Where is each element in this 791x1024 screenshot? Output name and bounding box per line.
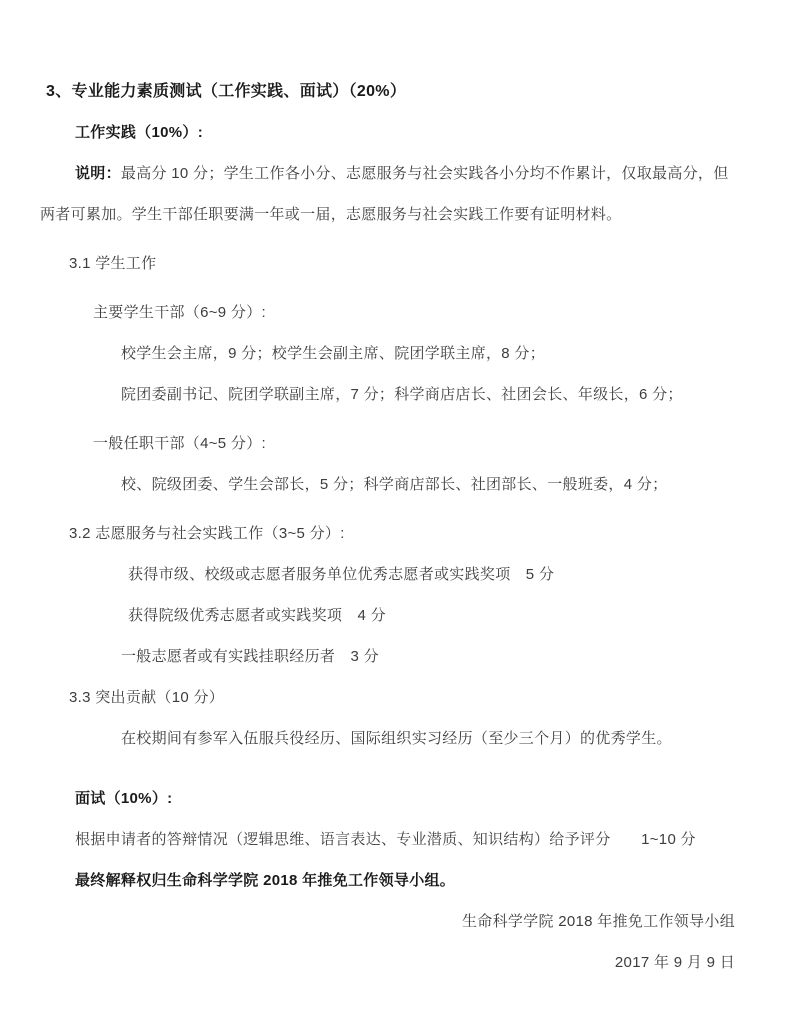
text-run: 面试（10%）: [75,790,172,807]
text-run: 两者可累加。学生干部任职要满一年或一届，志愿服务与社会实践工作要有证明材料。 [40,206,621,223]
text-run: 院团委副书记、院团学联副主席，7 分；科学商店店长、社团会长、年级长，6 分； [121,386,683,403]
text-run: 2017 年 9 月 9 日 [615,954,735,971]
signature-date: 2017 年 9 月 9 日 [40,953,735,973]
text-run: 校学生会主席，9 分；校学生会副主席、院团学联主席，8 分； [121,345,545,362]
text-run: 获得市级、校级或志愿者服务单位优秀志愿者或实践奖项 5 分 [128,566,554,583]
text-run: 主要学生干部（6~9 分）: [93,304,266,321]
group-main-cadre: 主要学生干部（6~9 分）: [93,303,751,323]
text-run: 在校期间有参军入伍服兵役经历、国际组织实习经历（至少三个月）的优秀学生。 [121,730,672,747]
text-run: 3、专业能力素质测试（工作实践、面试）（20%） [46,83,406,100]
text-run: 一般志愿者或有实践挂职经历者 3 分 [121,648,379,665]
text-run: 3.3 突出贡献（10 分） [69,689,224,706]
signature-group: 生命科学学院 2018 年推免工作领导小组 [40,912,735,932]
text-run: 一般任职干部（4~5 分）: [93,435,266,452]
text-run: 根据申请者的答辩情况（逻辑思维、语言表达、专业潜质、知识结构）给予评分 1~10… [75,831,696,848]
document-body: 3、专业能力素质测试（工作实践、面试）（20%）工作实践（10%）:说明：最高分… [0,0,791,973]
text-run: 最高分 10 分；学生工作各小分、志愿服务与社会实践各小分均不作累计，仅取最高分… [121,165,729,182]
detail-volunteer-3: 一般志愿者或有实践挂职经历者 3 分 [121,647,751,667]
text-run: 获得院级优秀志愿者或实践奖项 4 分 [128,607,386,624]
text-run: 校、院级团委、学生会部长，5 分；科学商店部长、社团部长、一般班委，4 分； [121,476,667,493]
text-run: 工作实践（10%）: [75,124,203,141]
document-page: 3、专业能力素质测试（工作实践、面试）（20%）工作实践（10%）:说明：最高分… [0,0,791,1024]
detail-general-cadre: 校、院级团委、学生会部长，5 分；科学商店部长、社团部长、一般班委，4 分； [121,475,751,495]
detail-volunteer-5: 获得市级、校级或志愿者服务单位优秀志愿者或实践奖项 5 分 [128,565,751,585]
text-run: 3.2 志愿服务与社会实践工作（3~5 分）: [69,525,345,542]
section-3-3: 3.3 突出贡献（10 分） [69,688,751,708]
text-run: 生命科学学院 2018 年推免工作领导小组 [462,913,735,930]
text-run: 最终解释权归生命科学学院 2018 年推免工作领导小组。 [75,872,455,889]
detail-main-cadre-2: 院团委副书记、院团学联副主席，7 分；科学商店店长、社团会长、年级长，6 分； [121,385,751,405]
detail-volunteer-4: 获得院级优秀志愿者或实践奖项 4 分 [128,606,751,626]
heading-interview: 面试（10%）: [75,789,751,809]
heading-work-practice: 工作实践（10%）: [75,123,751,143]
text-run: 3.1 学生工作 [69,255,156,272]
heading-section-3: 3、专业能力素质测试（工作实践、面试）（20%） [46,82,751,102]
final-interpretation: 最终解释权归生命科学学院 2018 年推免工作领导小组。 [75,871,751,891]
detail-contribution: 在校期间有参军入伍服兵役经历、国际组织实习经历（至少三个月）的优秀学生。 [121,729,751,749]
detail-main-cadre-1: 校学生会主席，9 分；校学生会副主席、院团学联主席，8 分； [121,344,751,364]
group-general-cadre: 一般任职干部（4~5 分）: [93,434,751,454]
section-3-2: 3.2 志愿服务与社会实践工作（3~5 分）: [69,524,751,544]
section-3-1: 3.1 学生工作 [69,254,751,274]
text-run: 说明： [75,165,121,182]
note-line-1: 说明：最高分 10 分；学生工作各小分、志愿服务与社会实践各小分均不作累计，仅取… [75,164,751,184]
interview-desc: 根据申请者的答辩情况（逻辑思维、语言表达、专业潜质、知识结构）给予评分 1~10… [75,830,751,850]
note-line-2: 两者可累加。学生干部任职要满一年或一届，志愿服务与社会实践工作要有证明材料。 [40,205,751,225]
